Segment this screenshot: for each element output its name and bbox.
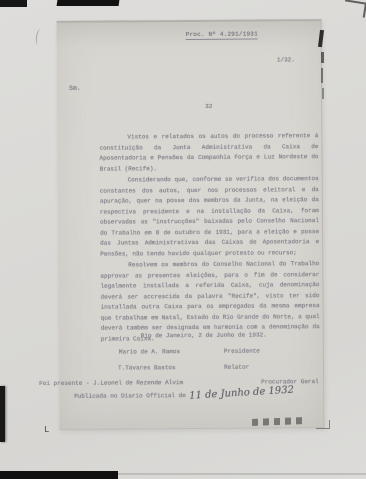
document-number: 32 (205, 103, 212, 110)
scan-artifact-top-bar (57, 0, 120, 6)
date-line: Rio de Janeiro, 2 de Junho de 1932. (141, 331, 267, 339)
scan-artifact-right-edge-mark-4 (322, 88, 324, 99)
corner-registration-mark: L (44, 425, 49, 435)
scan-artifact-bottom-right-bracket (316, 420, 330, 429)
scan-artifact-bottom-bar (0, 471, 118, 479)
publication-line: Publicada no Diario Official de 11 de Ju… (74, 388, 294, 401)
publication-typed-text: Publicada no Diario Official de (74, 392, 186, 400)
body-text: Vistos e relatados os autos do processo … (99, 131, 319, 346)
scan-artifact-top-right-curl (343, 0, 366, 18)
scan-artifact-pencil-squiggle (35, 29, 44, 46)
paragraph-visto: Vistos e relatados os autos do processo … (99, 131, 318, 175)
paragraph-considerando: Considerando que, conforme se verifica d… (100, 174, 320, 260)
scan-artifact-top-left-block (0, 0, 27, 7)
signature-name-president: Mario de A. Ramos (119, 348, 180, 355)
attendance-line: Foi presente - J.Leonel de Rezende Alvim (39, 379, 183, 387)
process-number-header: Proc. Nº 4.291/1931 (186, 31, 258, 41)
scan-artifact-right-edge-mark-2 (321, 52, 324, 63)
signature-name-relator: T.Tavares Bastos (118, 364, 176, 371)
signature-role-president: Presidente (224, 348, 260, 355)
scan-artifact-left-streak (0, 386, 5, 442)
publication-handwritten-date: 11 de Junho de 1932 (189, 385, 294, 402)
document-page: Proc. Nº 4.291/1931 1/32. Sm. 32 Vistos … (57, 19, 325, 430)
scanned-photo-background: Proc. Nº 4.291/1931 1/32. Sm. 32 Vistos … (0, 0, 366, 479)
signature-role-relator: Relator (224, 364, 249, 371)
scan-artifact-right-edge-mark-1 (318, 30, 324, 47)
margin-note: Sm. (69, 85, 81, 92)
page-reference: 1/32. (277, 56, 295, 63)
scan-artifact-bottom-faint-line (118, 473, 366, 475)
scan-artifact-right-edge-mark-3 (321, 68, 323, 83)
